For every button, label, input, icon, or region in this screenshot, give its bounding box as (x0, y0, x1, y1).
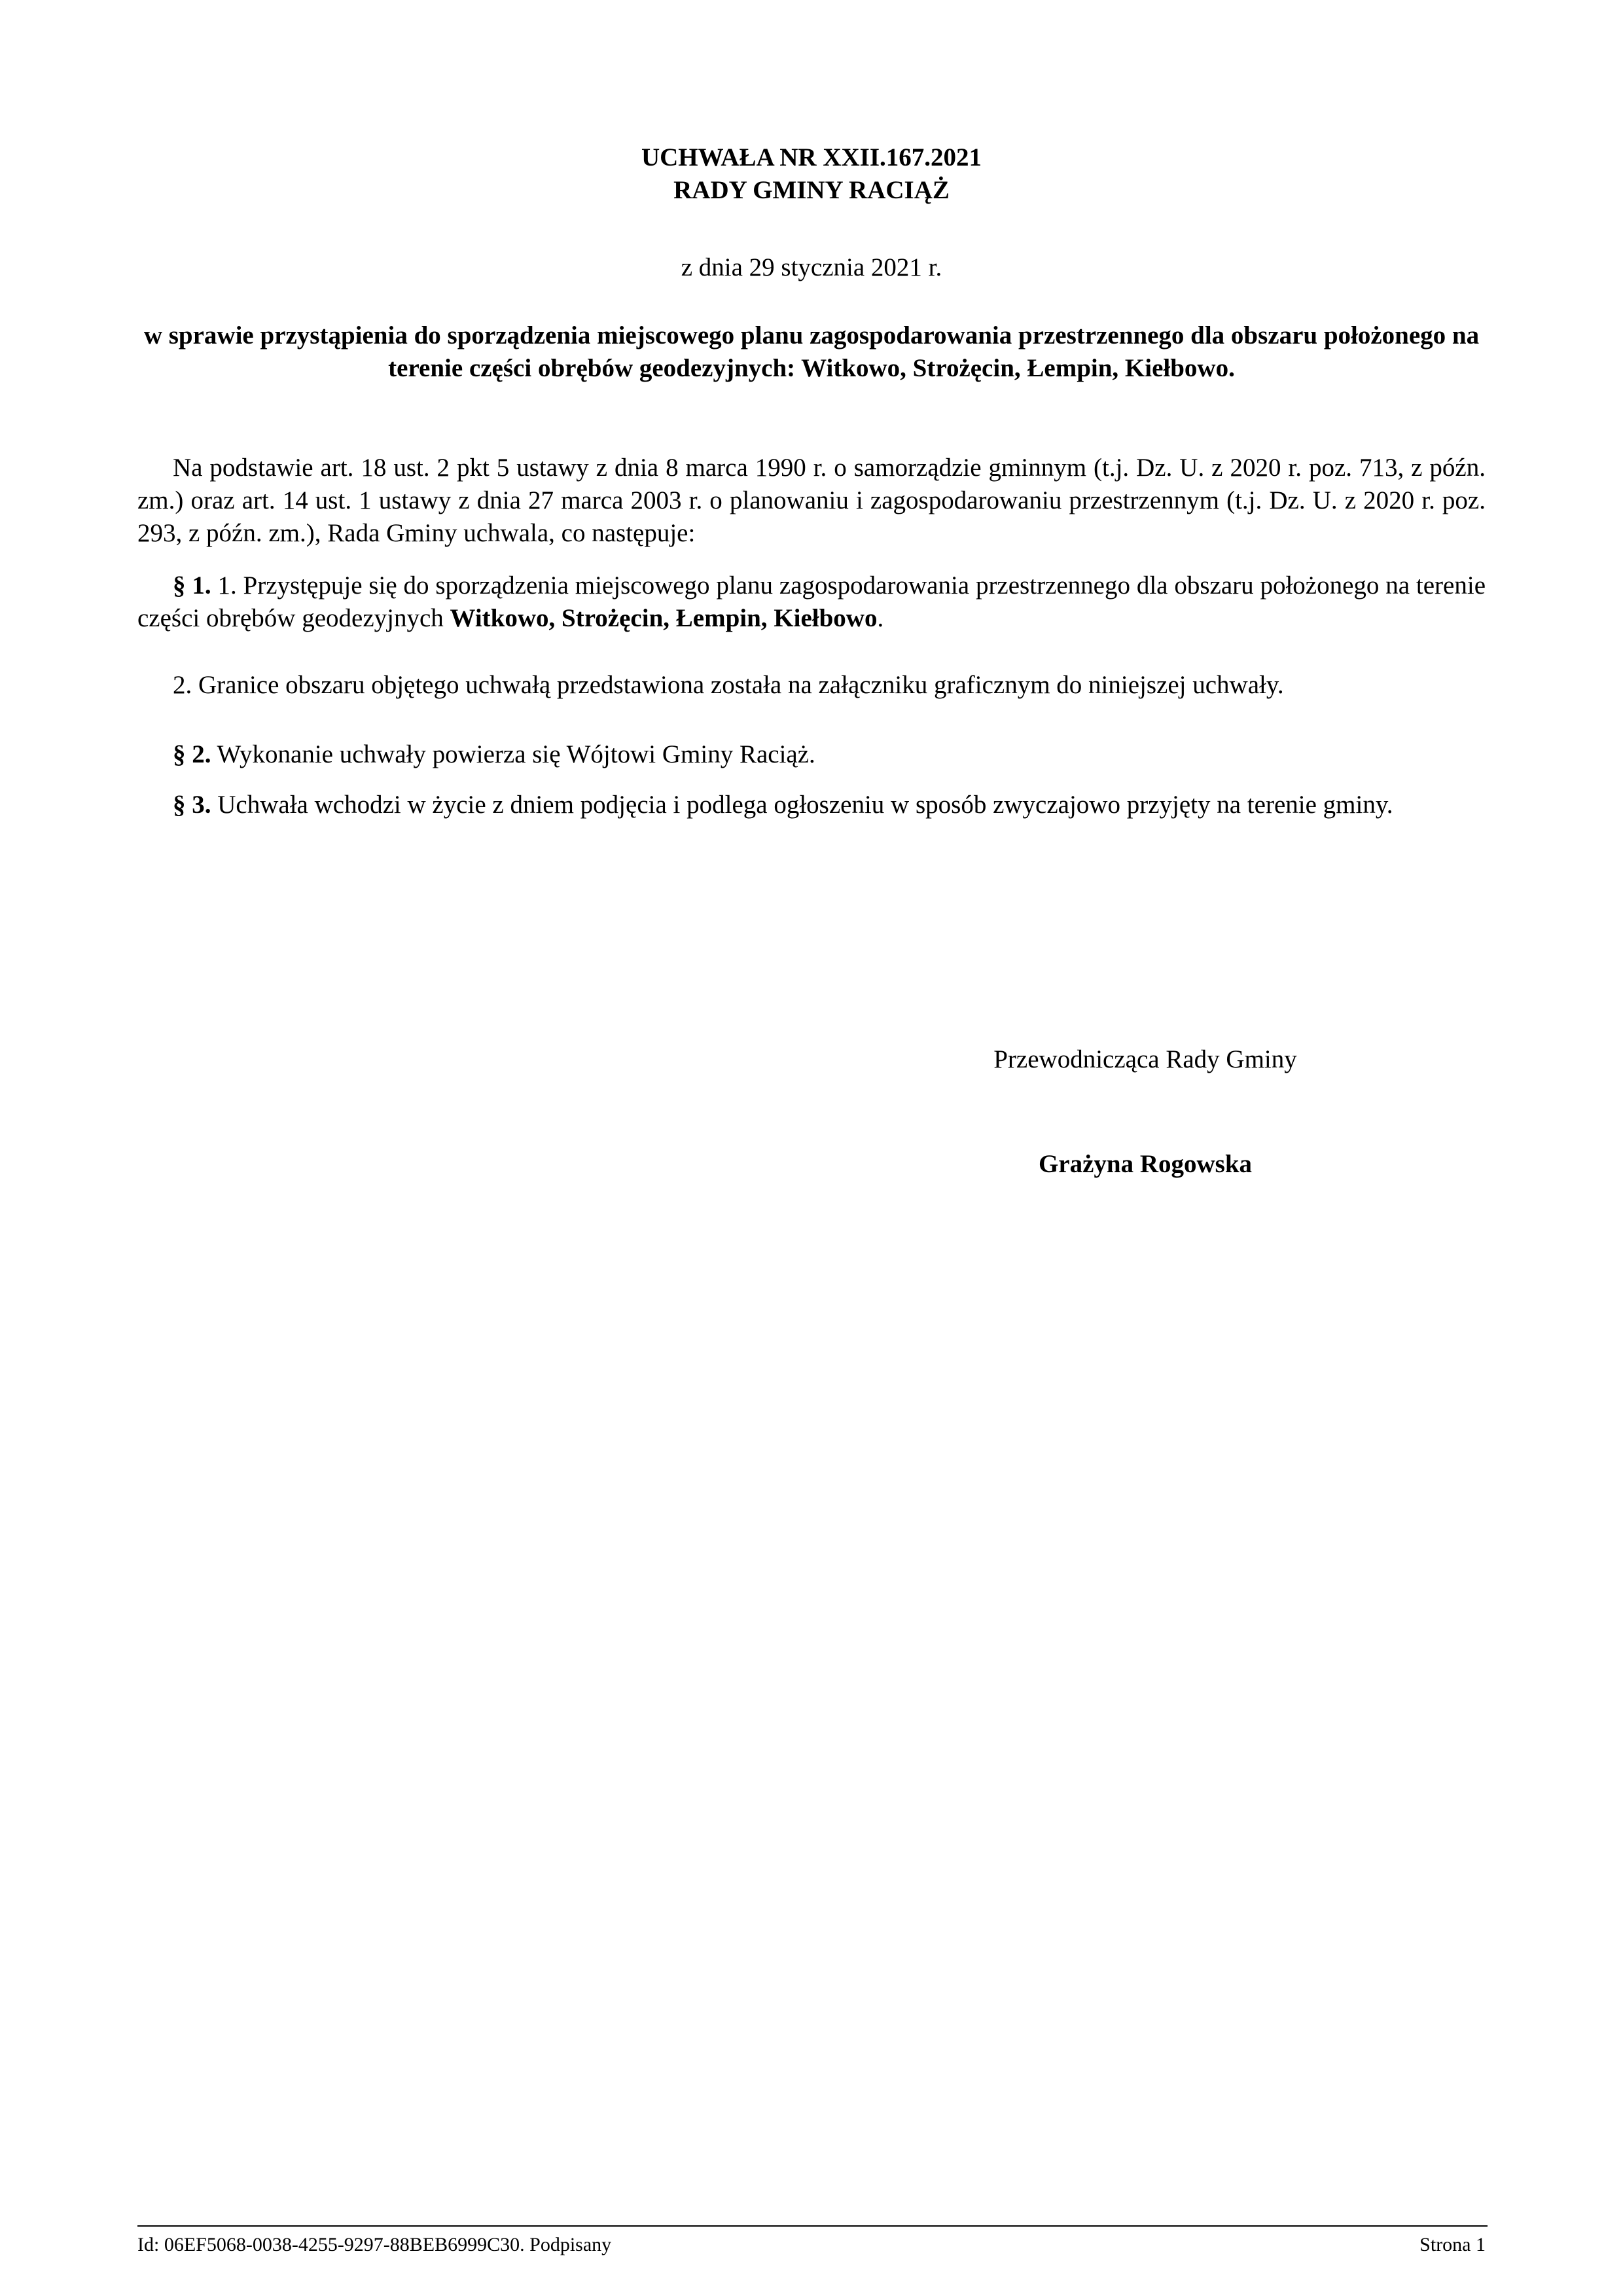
issuing-body: RADY GMINY RACIĄŻ (0, 173, 1623, 208)
page-footer: Id: 06EF5068-0038-4255-9297-88BEB6999C30… (137, 2232, 1486, 2258)
paragraph-3: § 3. Uchwała wchodzi w życie z dniem pod… (137, 789, 1486, 821)
paragraph-text-end: . (877, 604, 883, 632)
preamble-text: Na podstawie art. 18 ust. 2 pkt 5 ustawy… (137, 452, 1486, 550)
paragraph-1: § 1. 1. Przystępuje się do sporządzenia … (137, 569, 1486, 635)
paragraph-text: 2. Granice obszaru objętego uchwałą prze… (137, 669, 1486, 702)
legal-basis: Na podstawie art. 18 ust. 2 pkt 5 ustawy… (137, 452, 1486, 550)
document-id: Id: 06EF5068-0038-4255-9297-88BEB6999C30… (137, 2232, 611, 2258)
paragraph-bold-text: Witkowo, Strożęcin, Łempin, Kiełbowo (450, 604, 878, 632)
paragraph-marker: § 1. (173, 571, 211, 600)
paragraph-marker: § 2. (173, 740, 211, 768)
resolution-subject: w sprawie przystąpienia do sporządzenia … (137, 319, 1486, 385)
signatory-name: Grażyna Rogowska (910, 1147, 1381, 1182)
paragraph-2: § 2. Wykonanie uchwały powierza się Wójt… (137, 738, 1486, 771)
resolution-date: z dnia 29 stycznia 2021 r. (0, 250, 1623, 285)
paragraph-1-point-2: 2. Granice obszaru objętego uchwałą prze… (137, 669, 1486, 702)
footer-divider (137, 2225, 1488, 2227)
paragraph-marker: § 3. (173, 791, 211, 819)
paragraph-text: Uchwała wchodzi w życie z dniem podjęcia… (211, 791, 1393, 819)
document-page: UCHWAŁA NR XXII.167.2021 RADY GMINY RACI… (0, 0, 1623, 2296)
page-number: Strona 1 (1419, 2232, 1486, 2258)
signatory-role: Przewodnicząca Rady Gminy (910, 1042, 1381, 1077)
resolution-number: UCHWAŁA NR XXII.167.2021 (0, 140, 1623, 175)
paragraph-text: Wykonanie uchwały powierza się Wójtowi G… (211, 740, 815, 768)
